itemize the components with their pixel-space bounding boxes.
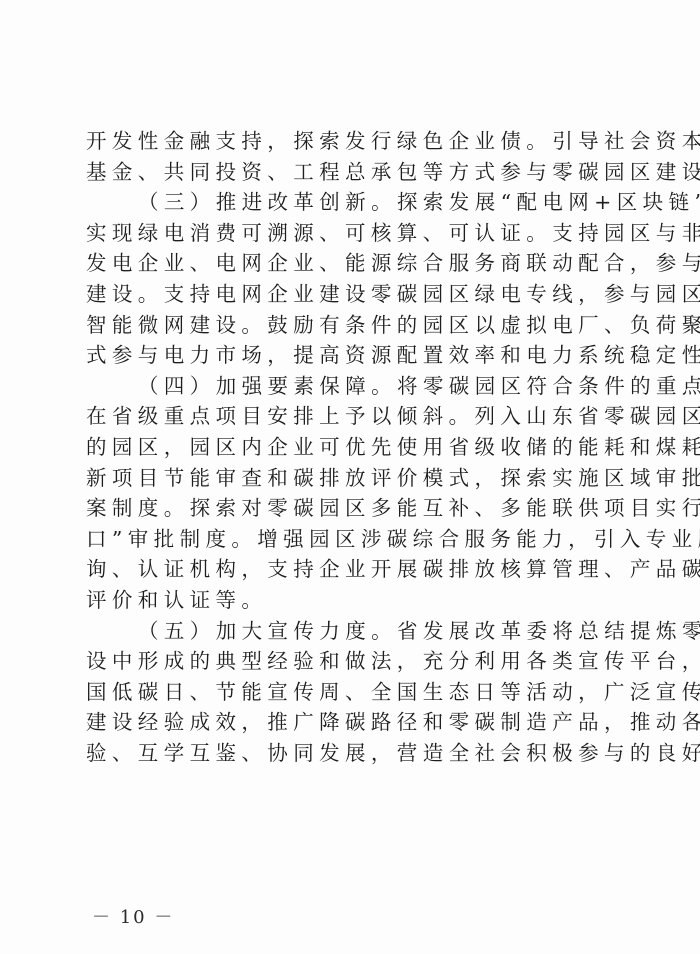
document-page: 开发性金融支持，探索发行绿色企业债。引导社会资本通过投资 基金、共同投资、工程总…: [0, 0, 700, 954]
text-line: 式参与电力市场，提高资源配置效率和电力系统稳定性。: [86, 340, 626, 371]
paragraph-factor-guarantee: （四）加强要素保障。将零碳园区符合条件的重点建设项目， 在省级重点项目安排上予以…: [86, 371, 626, 616]
text-line: 案制度。探索对零碳园区多能互补、多能联供项目实行“一个窗: [86, 493, 626, 524]
text-line: 口”审批制度。增强园区涉碳综合服务能力，引入专业服务、咨: [86, 524, 626, 555]
text-line: 的园区，园区内企业可优先使用省级收储的能耗和煤耗指标。创: [86, 432, 626, 463]
document-body: 开发性金融支持，探索发行绿色企业债。引导社会资本通过投资 基金、共同投资、工程总…: [86, 126, 626, 768]
text-line: 评价和认证等。: [86, 585, 626, 616]
text-line: 在省级重点项目安排上予以倾斜。列入山东省零碳园区建设名单: [86, 401, 626, 432]
text-line: 询、认证机构，支持企业开展碳排放核算管理、产品碳足迹核算: [86, 554, 626, 585]
paragraph-reform-innovation: （三）推进改革创新。探索发展“配电网+区块链”模式， 实现绿电消费可溯源、可核算…: [86, 187, 626, 371]
paragraph-heading-line: （四）加强要素保障。将零碳园区符合条件的重点建设项目，: [86, 371, 626, 402]
text-line: 发电企业、电网企业、能源综合服务商联动配合，参与零碳园区: [86, 248, 626, 279]
paragraph-heading-line: （三）推进改革创新。探索发展“配电网+区块链”模式，: [86, 187, 626, 218]
page-number: － 10 －: [92, 903, 174, 929]
text-line: 实现绿电消费可溯源、可核算、可认证。支持园区与非化石能源: [86, 218, 626, 249]
paragraph-heading-line: （五）加大宣传力度。省发展改革委将总结提炼零碳园区建: [86, 616, 626, 647]
paragraph-publicity: （五）加大宣传力度。省发展改革委将总结提炼零碳园区建 设中形成的典型经验和做法，…: [86, 616, 626, 769]
text-line: 国低碳日、节能宣传周、全国生态日等活动，广泛宣传零碳园区: [86, 677, 626, 708]
paragraph-continuation: 开发性金融支持，探索发行绿色企业债。引导社会资本通过投资 基金、共同投资、工程总…: [86, 126, 626, 187]
text-line: 设中形成的典型经验和做法，充分利用各类宣传平台，利用好全: [86, 646, 626, 677]
text-line: 新项目节能审查和碳排放评价模式，探索实施区域审批或项目备: [86, 463, 626, 494]
text-line: 建设。支持电网企业建设零碳园区绿电专线，参与园区配电网、: [86, 279, 626, 310]
text-line: 智能微网建设。鼓励有条件的园区以虚拟电厂、负荷聚合商等形: [86, 310, 626, 341]
text-line: 验、互学互鉴、协同发展，营造全社会积极参与的良好氛围。: [86, 738, 626, 769]
text-line: 基金、共同投资、工程总承包等方式参与零碳园区建设。: [86, 157, 626, 188]
text-line: 建设经验成效，推广降碳路径和零碳制造产品，推动各市交流经: [86, 707, 626, 738]
text-line: 开发性金融支持，探索发行绿色企业债。引导社会资本通过投资: [86, 126, 626, 157]
